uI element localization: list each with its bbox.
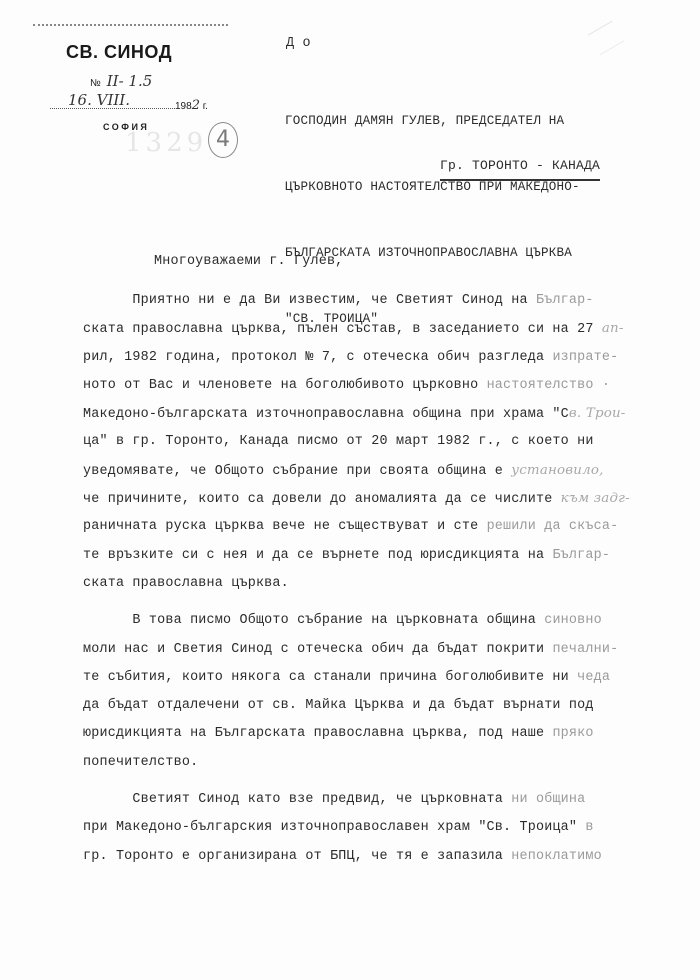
body-line-text: гр. Торонто е организирана от БПЦ, че тя… [83, 849, 511, 864]
body-line-text: Светият Синод като взе предвид, че църко… [83, 792, 511, 807]
pencil-scribble-icon [588, 21, 624, 56]
faded-text: Българ- [552, 548, 610, 563]
body-line-text: при Македоно-българския източноправослав… [83, 820, 585, 835]
body-line: рил, 1982 година, протокол № 7, с отечес… [83, 344, 630, 372]
body-line-text: Македоно-българската източноправославна … [83, 407, 569, 422]
body-line-text: В това писмо Общото събрание на църковна… [83, 613, 544, 628]
body-line-text: моли нас и Светия Синод с отеческа обич … [83, 642, 552, 657]
body-line-text: ното от Вас и членовете на боголюбивото … [83, 378, 487, 393]
letterhead-date: 16. VIII.1982 г. [50, 96, 208, 113]
date-dotted-line: 16. VIII. [50, 96, 175, 109]
body-line-text: попечителство. [83, 755, 198, 770]
body-line-text: уведомявате, че Общото събрание при своя… [83, 464, 511, 479]
body-line: моли нас и Светия Синод с отеческа обич … [83, 636, 630, 664]
year-suffix: 2 [192, 98, 200, 113]
year-unit: г. [203, 101, 208, 112]
paragraph-gap [83, 598, 630, 607]
address-to: Д о [286, 36, 311, 51]
body-line: те връзките си с нея и да се върнете под… [83, 542, 630, 570]
letter-body: Приятно ни е да Ви известим, че Светият … [83, 287, 630, 871]
body-line: Светият Синод като взе предвид, че църко… [83, 786, 630, 814]
body-line: Приятно ни е да Ви известим, че Светият … [83, 287, 630, 315]
faded-text: непоклатимо [511, 849, 602, 864]
body-line: В това писмо Общото събрание на църковна… [83, 607, 630, 635]
salutation: Многоуважаеми г. Гулев, [154, 254, 343, 269]
body-line-text: ската православна църква. [83, 576, 289, 591]
body-line-text: рил, 1982 година, протокол № 7, с отечес… [83, 350, 552, 365]
handwritten-correction: ап- [602, 321, 624, 336]
body-line: уведомявате, че Общото събрание при своя… [83, 457, 630, 485]
body-line-text: че причините, които са довели до аномали… [83, 492, 561, 507]
faded-text: в [585, 820, 593, 835]
circled-page-number: 4 [208, 122, 238, 158]
body-line: че причините, които са довели до аномали… [83, 485, 630, 513]
body-line: попечителство. [83, 749, 630, 777]
faded-text: ни община [511, 792, 585, 807]
body-line: ската православна църква, пълен състав, … [83, 315, 630, 343]
address-line: ГОСПОДИН ДАМЯН ГУЛЕВ, ПРЕДСЕДАТЕЛ НА [285, 110, 580, 132]
letterhead-title: СВ. СИНОД [66, 42, 172, 63]
body-line: при Македоно-българския източноправослав… [83, 814, 630, 842]
address-city-line: Гр. ТОРОНТО - КАНАДА [440, 158, 600, 181]
number-value: II- 1.5 [107, 72, 153, 90]
body-line-text: те връзките си с нея и да се върнете под… [83, 548, 552, 563]
handwritten-correction: към задг- [561, 491, 630, 506]
faint-stamp-number: 1329 [125, 128, 220, 178]
body-line-text: те събития, които някога са станали прич… [83, 670, 577, 685]
body-line: те събития, които някога са станали прич… [83, 664, 630, 692]
number-label: № [90, 78, 101, 89]
body-line: раничната руска църква вече не съществув… [83, 513, 630, 541]
faded-text: синовно [544, 613, 602, 628]
body-line-text: юрисдикцията на Българската православна … [83, 726, 552, 741]
handwritten-correction: установило, [511, 463, 603, 478]
document-page: СВ. СИНОД №II- 1.5 16. VIII.1982 г. СОФИ… [0, 0, 700, 980]
year-prefix: 198 [175, 101, 192, 112]
paragraph-gap [83, 777, 630, 786]
date-handwritten: 16. VIII. [68, 91, 130, 109]
handwritten-correction: в. Трои- [569, 406, 626, 421]
body-line: ца" в гр. Торонто, Канада писмо от 20 ма… [83, 428, 630, 456]
body-line: ното от Вас и членовете на боголюбивото … [83, 372, 630, 400]
faded-text: решили да скъса- [487, 519, 619, 534]
body-line: Македоно-българската източноправославна … [83, 400, 630, 428]
body-line: юрисдикцията на Българската православна … [83, 720, 630, 748]
faded-text: изпрате- [552, 350, 618, 365]
body-line-text: Приятно ни е да Ви известим, че Светият … [83, 293, 536, 308]
faded-text: печални- [552, 642, 618, 657]
body-line: ската православна църква. [83, 570, 630, 598]
faded-text: Българ- [536, 293, 594, 308]
body-line: гр. Торонто е организирана от БПЦ, че тя… [83, 843, 630, 871]
body-line-text: раничната руска църква вече не съществув… [83, 519, 487, 534]
body-line-text: да бъдат отдалечени от св. Майка Църква … [83, 698, 594, 713]
letterhead-number: №II- 1.5 [90, 72, 152, 90]
faded-text: пряко [552, 726, 593, 741]
faded-text: настоятелство · [487, 378, 611, 393]
faded-text: чеда [577, 670, 610, 685]
body-line: да бъдат отдалечени от св. Майка Църква … [83, 692, 630, 720]
body-line-text: ца" в гр. Торонто, Канада писмо от 20 ма… [83, 434, 594, 449]
body-line-text: ската православна църква, пълен състав, … [83, 322, 602, 337]
cropped-letterhead-heading [33, 24, 228, 29]
